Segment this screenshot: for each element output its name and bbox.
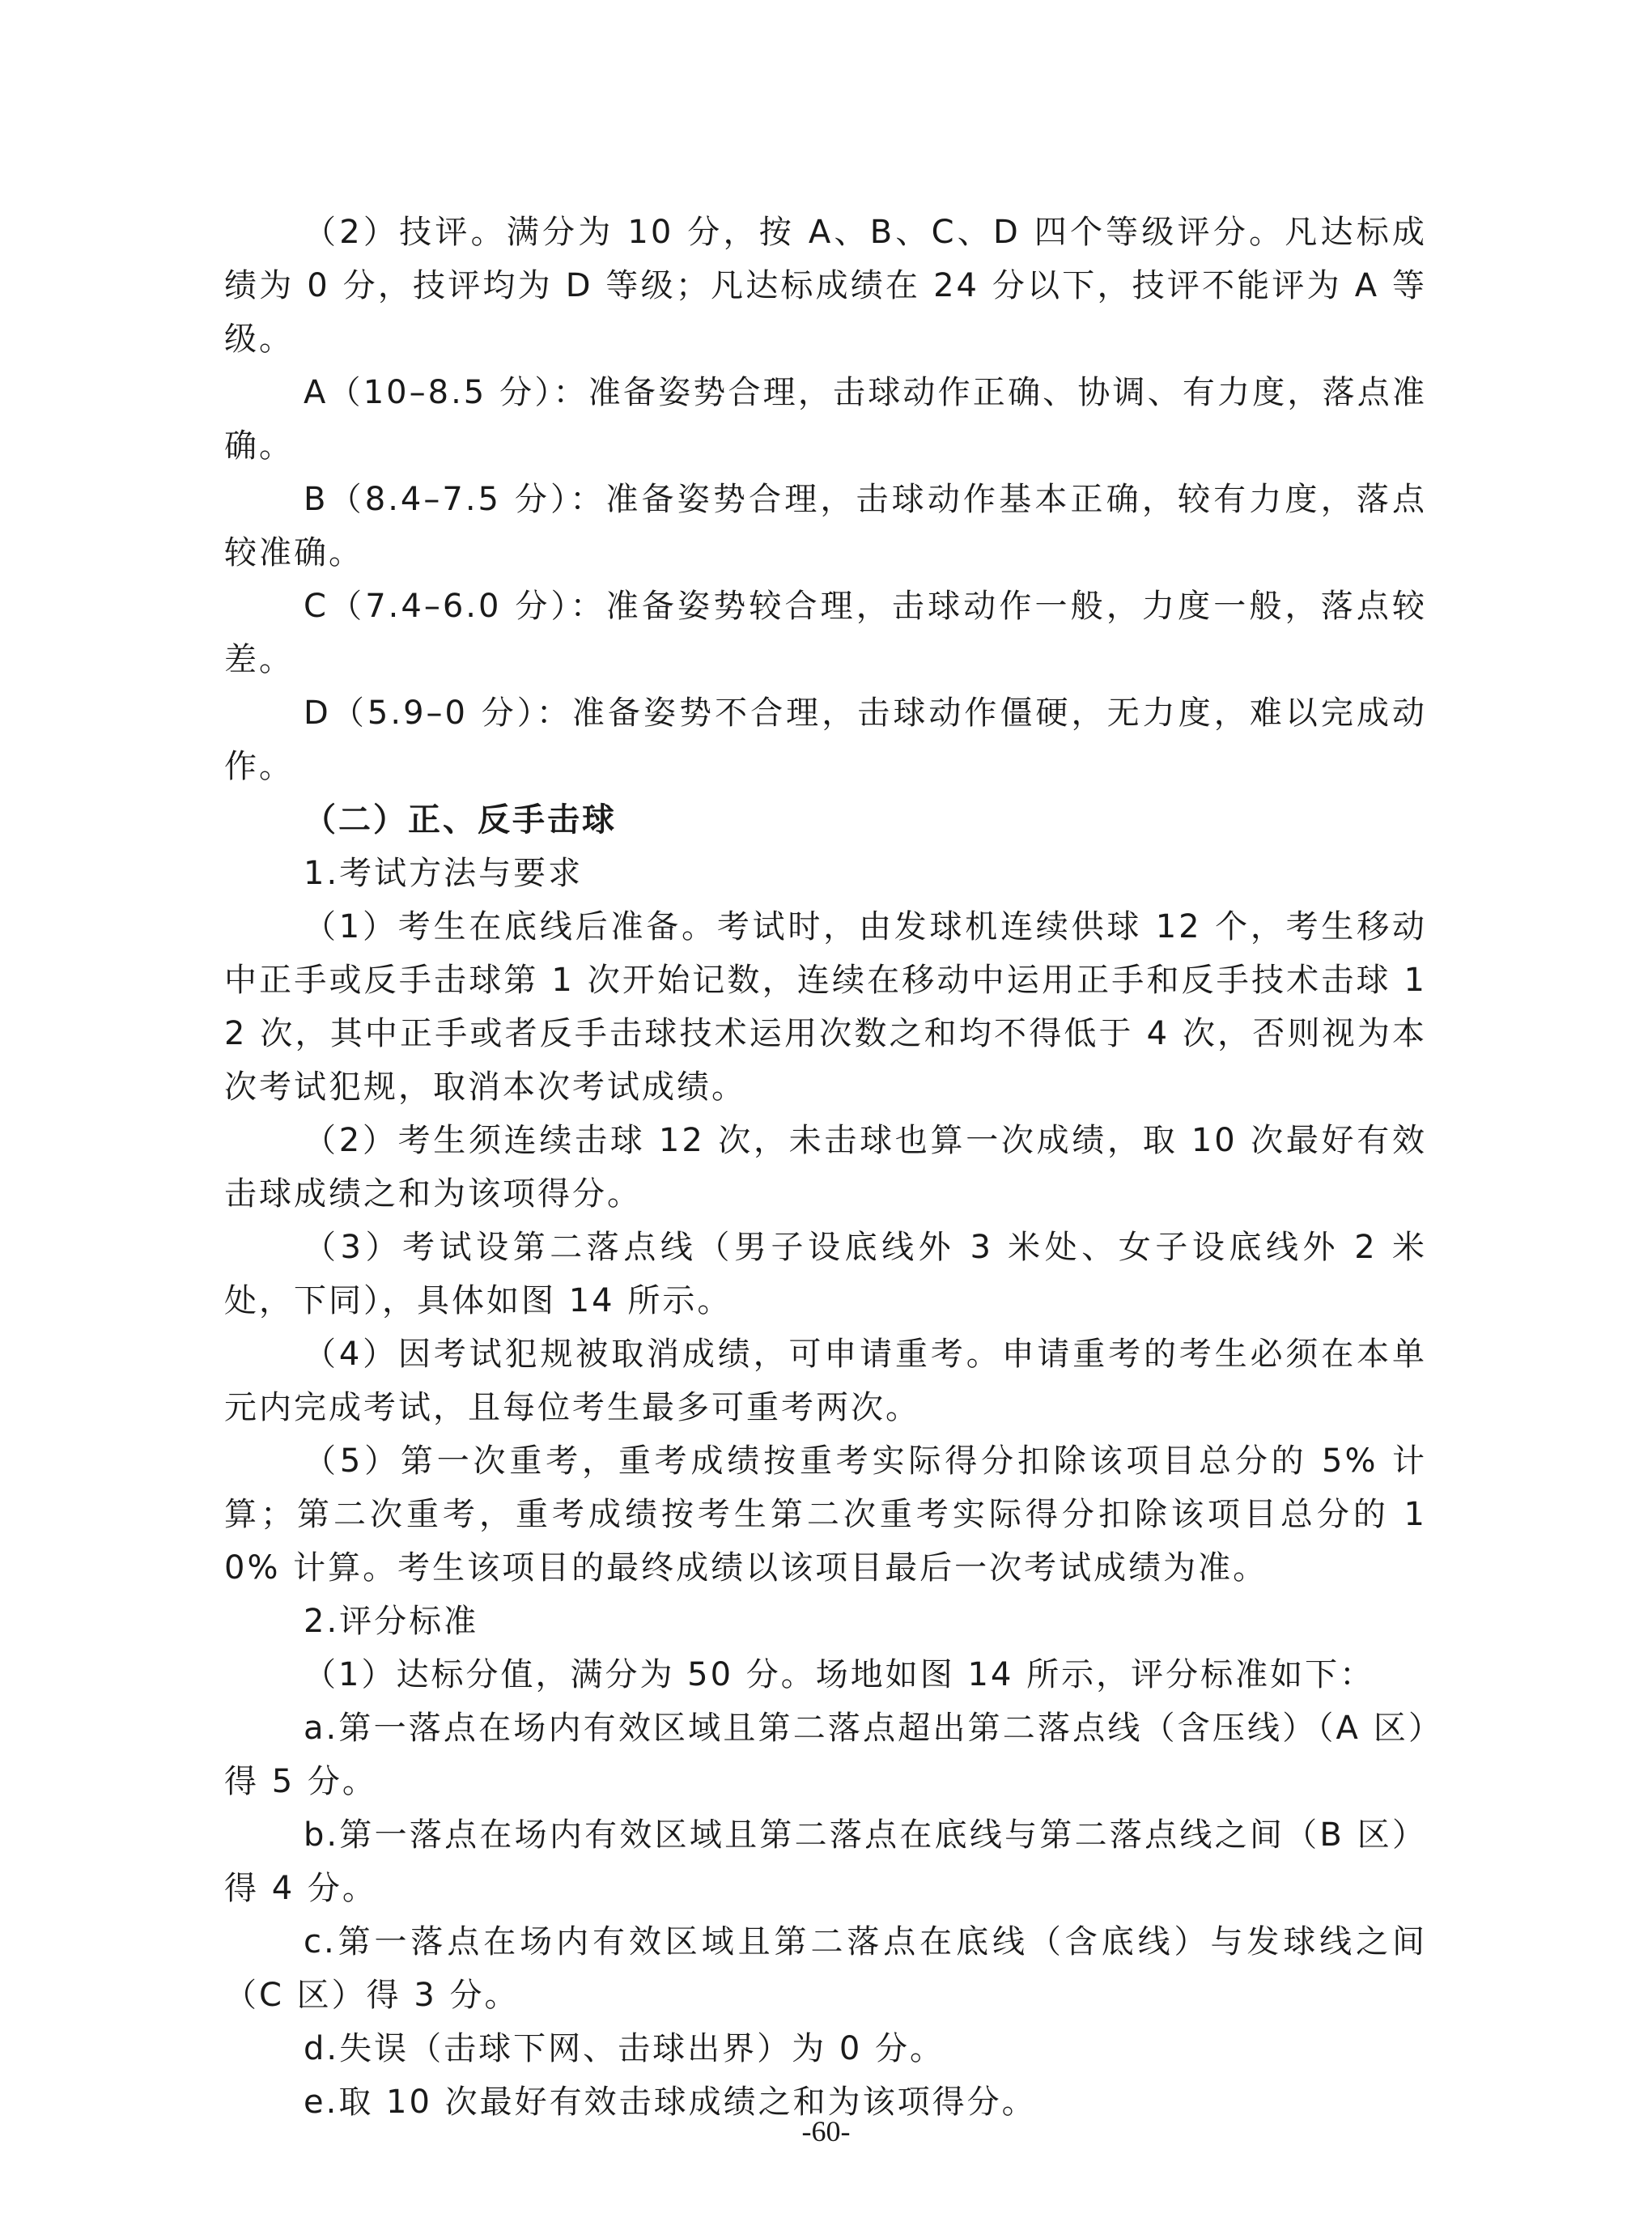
paragraph-grade-c: C（7.4–6.0 分）：准备姿势较合理，击球动作一般，力度一般，落点较差。 [224,580,1427,686]
paragraph-grade-d: D（5.9–0 分）：准备姿势不合理，击球动作僵硬，无力度，难以完成动作。 [224,686,1427,793]
paragraph-technique-score: （2）技评。满分为 10 分，按 A、B、C、D 四个等级评分。凡达标成绩为 0… [224,206,1427,366]
page-number: -60- [0,2114,1652,2148]
paragraph-criterion-a: a.第一落点在场内有效区域且第二落点超出第二落点线（含压线）（A 区）得 5 分… [224,1701,1427,1808]
paragraph-criterion-b: b.第一落点在场内有效区域且第二落点在底线与第二落点线之间（B 区）得 4 分。 [224,1808,1427,1915]
paragraph-rule-4: （4）因考试犯规被取消成绩，可申请重考。申请重考的考生必须在本单元内完成考试，且… [224,1328,1427,1434]
paragraph-rule-1: （1）考生在底线后准备。考试时，由发球机连续供球 12 个，考生移动中正手或反手… [224,900,1427,1114]
section-heading-forehand-backhand: （二）正、反手击球 [224,793,1427,847]
paragraph-standard-score: （1）达标分值，满分为 50 分。场地如图 14 所示，评分标准如下： [224,1648,1427,1701]
subheading-exam-method: 1.考试方法与要求 [224,847,1427,900]
paragraph-grade-b: B（8.4–7.5 分）：准备姿势合理，击球动作基本正确，较有力度，落点较准确。 [224,473,1427,580]
paragraph-rule-5: （5）第一次重考，重考成绩按重考实际得分扣除该项目总分的 5% 计算；第二次重考… [224,1434,1427,1595]
paragraph-grade-a: A（10–8.5 分）：准备姿势合理，击球动作正确、协调、有力度，落点准确。 [224,366,1427,473]
paragraph-criterion-c: c.第一落点在场内有效区域且第二落点在底线（含底线）与发球线之间（C 区）得 3… [224,1915,1427,2022]
subheading-scoring-standard: 2.评分标准 [224,1595,1427,1648]
paragraph-rule-2: （2）考生须连续击球 12 次，未击球也算一次成绩，取 10 次最好有效击球成绩… [224,1114,1427,1221]
paragraph-rule-3: （3）考试设第二落点线（男子设底线外 3 米处、女子设底线外 2 米处，下同），… [224,1221,1427,1328]
document-body: （2）技评。满分为 10 分，按 A、B、C、D 四个等级评分。凡达标成绩为 0… [224,206,1427,2129]
paragraph-criterion-d: d.失误（击球下网、击球出界）为 0 分。 [224,2022,1427,2075]
